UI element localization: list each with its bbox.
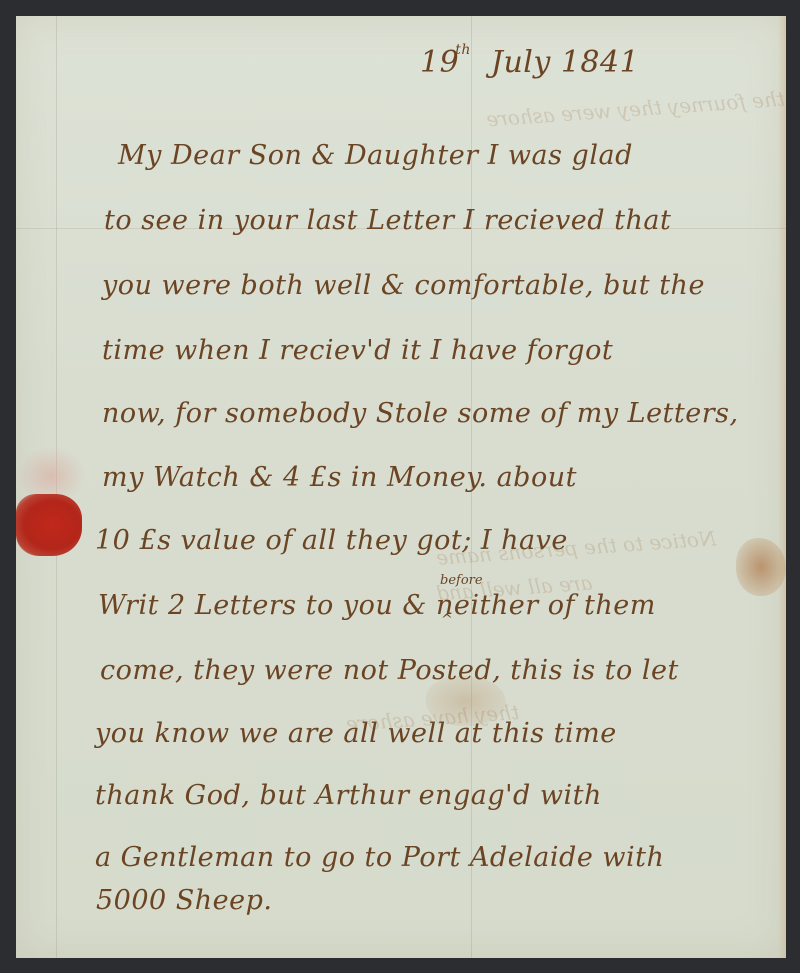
letter-line-3: you were both well & comfortable, but th… bbox=[102, 270, 705, 301]
letter-line-9: come, they were not Posted, this is to l… bbox=[100, 655, 679, 686]
letter-line-1: My Dear Son & Daughter I was glad bbox=[118, 140, 633, 171]
letter-line-12: a Gentleman to go to Port Adelaide with bbox=[95, 842, 664, 873]
letter-date: 19th July 1841 bbox=[420, 42, 639, 80]
letter-line-2: to see in your last Letter I recieved th… bbox=[104, 205, 671, 236]
letter-line-7: 10 £s value of all they got; I have bbox=[95, 525, 568, 556]
letter-line-8: Writ 2 Letters to you & neither of them bbox=[98, 590, 656, 621]
letter-line-11: thank God, but Arthur engag'd with bbox=[95, 780, 602, 811]
date-month-year: July 1841 bbox=[491, 45, 639, 80]
letter-line-10: you know we are all well at this time bbox=[95, 718, 617, 749]
paper-edge bbox=[778, 16, 786, 958]
letter-line-13: 5000 Sheep. bbox=[96, 885, 273, 916]
brown-stain bbox=[736, 538, 786, 596]
letter-line-5: now, for somebody Stole some of my Lette… bbox=[102, 398, 739, 429]
date-day: 19 bbox=[420, 45, 459, 80]
inserted-word: before bbox=[440, 573, 483, 588]
bleed-through-text: by the fourney they were ashore bbox=[486, 85, 786, 132]
red-wax-seal bbox=[16, 494, 82, 556]
letter-line-4: time when I reciev'd it I have forgot bbox=[102, 335, 613, 366]
letter-line-6: my Watch & 4 £s in Money. about bbox=[102, 462, 577, 493]
insertion-caret: ^ bbox=[441, 612, 453, 628]
date-ordinal: th bbox=[455, 42, 471, 58]
